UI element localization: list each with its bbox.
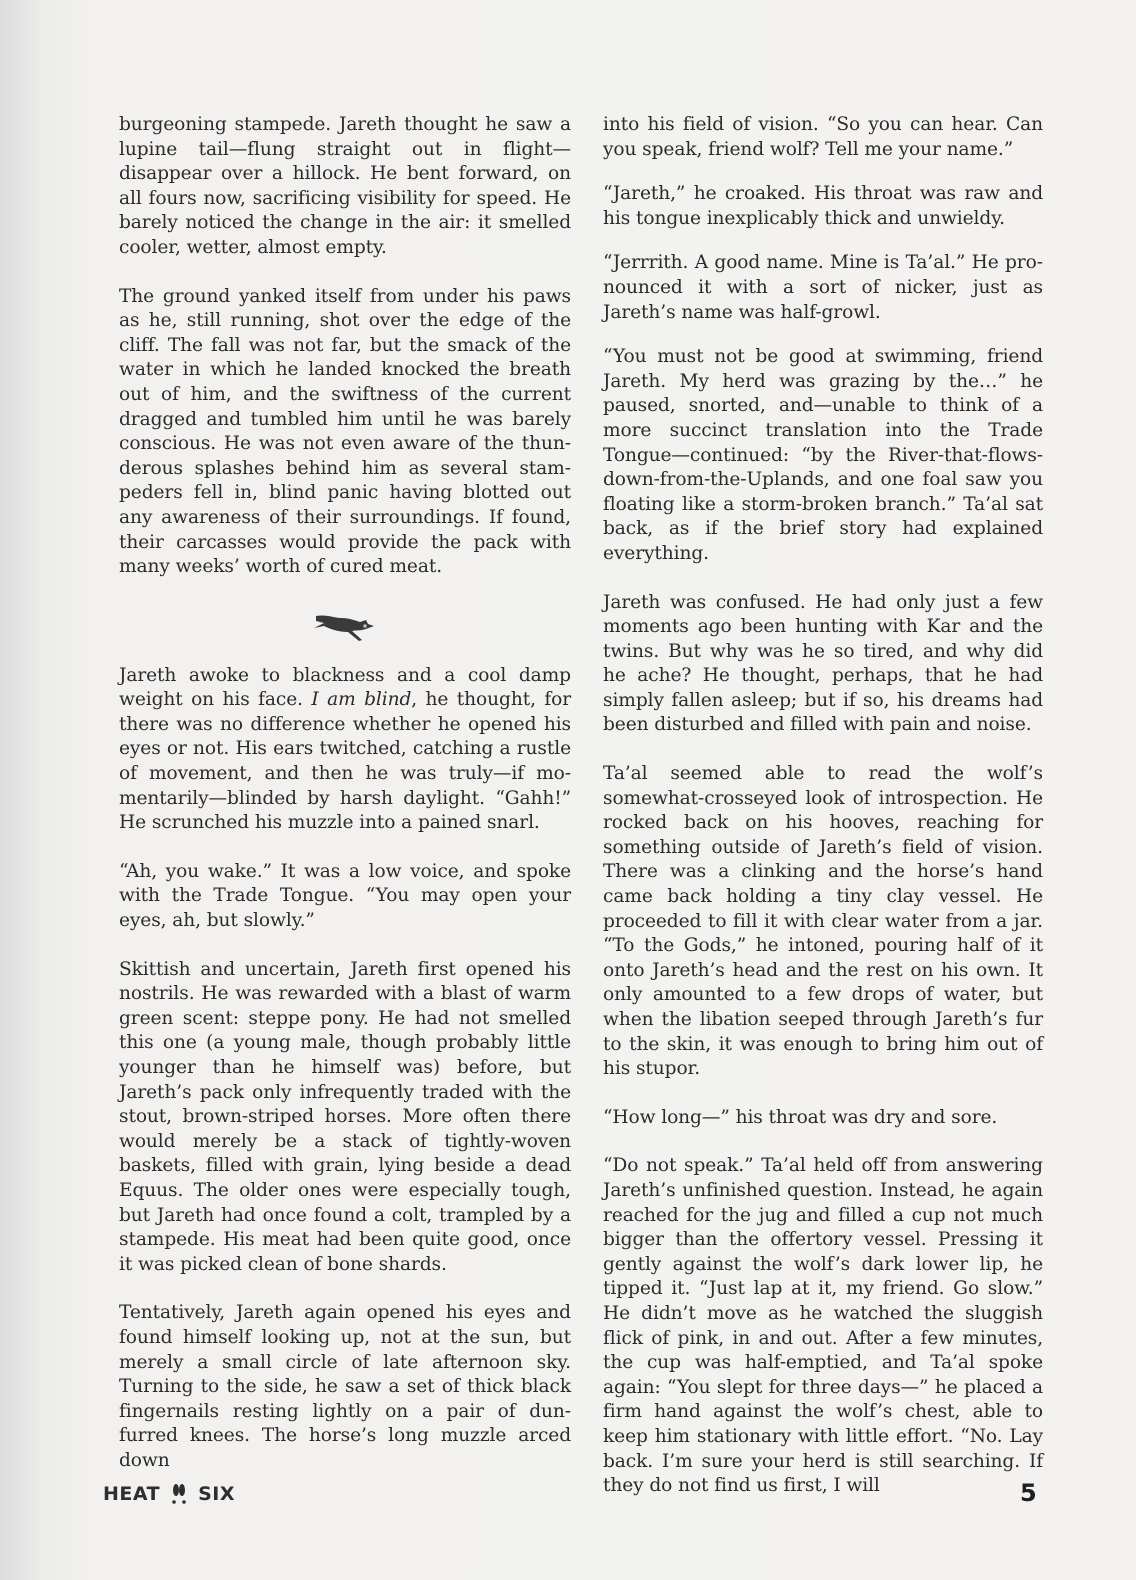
paragraph: “How long—” his throat was dry and sore.	[603, 1106, 1043, 1131]
running-wolf-icon	[310, 604, 380, 644]
paragraph: burgeoning stampede. Jareth thought he s…	[119, 113, 571, 261]
paw-print-icon	[170, 1483, 188, 1505]
paragraph: “Ah, you wake.” It was a low voice, and …	[119, 860, 571, 934]
italic-thought: I am blind	[311, 689, 411, 710]
paragraph: “Jerrrith. A good name. Mine is Ta’al.” …	[603, 251, 1043, 325]
right-column: into his field of vision. “So you can he…	[603, 113, 1043, 1523]
magazine-page: burgeoning stampede. Jareth thought he s…	[0, 0, 1136, 1580]
publication-name-right: SIX	[198, 1483, 235, 1505]
paragraph: into his field of vision. “So you can he…	[603, 113, 1043, 162]
paragraph: Jareth awoke to blackness and a cool dam…	[119, 664, 571, 836]
paragraph: “Do not speak.” Ta’al held off from answ…	[603, 1154, 1043, 1498]
paragraph: Skittish and uncertain, Jareth first ope…	[119, 958, 571, 1278]
paragraph: Tentatively, Jareth again opened his eye…	[119, 1301, 571, 1473]
left-column: burgeoning stampede. Jareth thought he s…	[119, 113, 571, 1498]
paragraph: “Jareth,” he croaked. His throat was raw…	[603, 182, 1043, 231]
paragraph: Jareth was confused. He had only just a …	[603, 591, 1043, 739]
paragraph: Ta’al seemed able to read the wolf’s som…	[603, 762, 1043, 1082]
paragraph: “You must not be good at swimming, frien…	[603, 345, 1043, 566]
publication-footer: HEAT SIX	[103, 1483, 235, 1505]
page-number: 5	[1020, 1479, 1037, 1507]
publication-name-left: HEAT	[103, 1483, 160, 1505]
text-span: , he thought, for there was no differenc…	[119, 689, 571, 833]
paragraph: The ground yanked itself from under his …	[119, 285, 571, 580]
